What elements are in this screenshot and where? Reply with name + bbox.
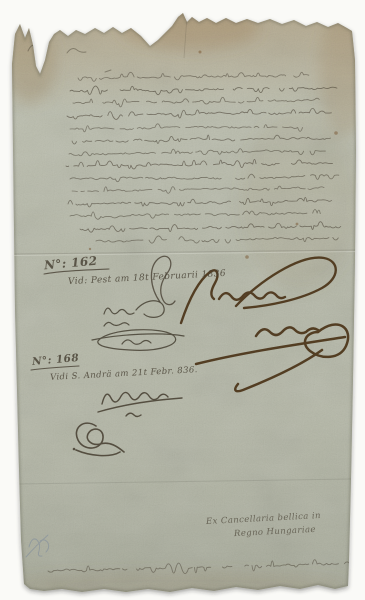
document-sheet <box>4 5 365 599</box>
manuscript-graphic <box>0 0 365 600</box>
scan-backdrop: N°: 162 Vid: Pest am 18t Februarii 1836 … <box>0 0 365 600</box>
